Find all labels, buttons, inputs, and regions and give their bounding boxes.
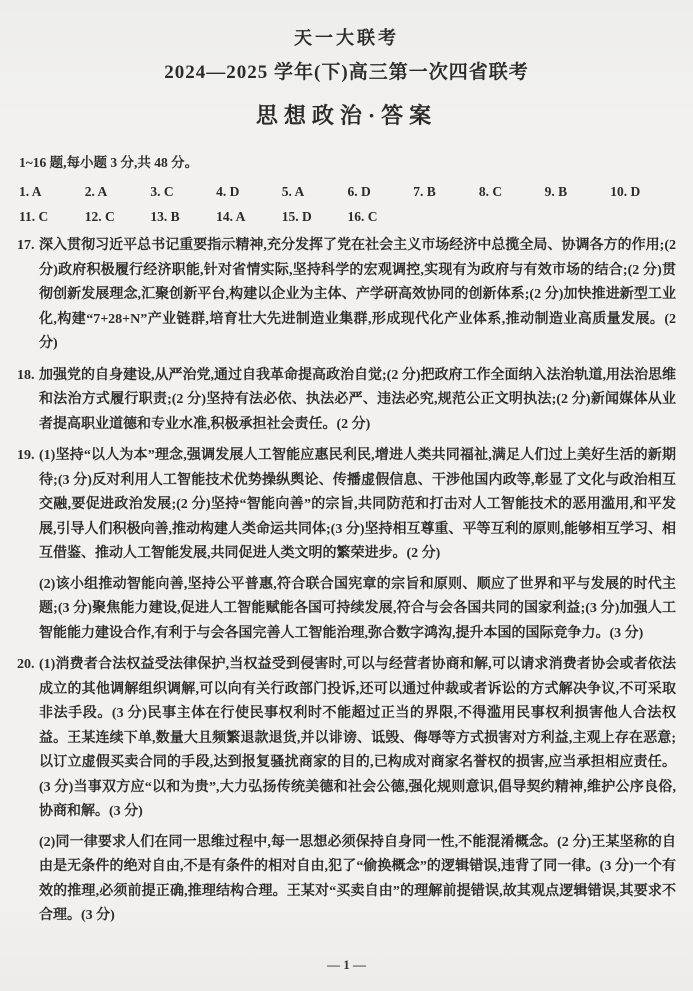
answer-text: (2)同一律要求人们在同一思维过程中,每一思想必须保持自身同一性,不能混淆概念。… xyxy=(39,835,676,924)
question-number: 17. xyxy=(17,234,35,259)
question-number: 20. xyxy=(17,653,35,678)
mcq-answer-11: 11. C xyxy=(19,209,85,225)
mcq-answer-3: 3. C xyxy=(150,184,216,200)
mcq-answer-14: 14. A xyxy=(216,209,282,225)
mcq-answer-15: 15. D xyxy=(282,209,348,225)
mcq-answer-9: 9. B xyxy=(545,184,611,200)
mcq-answer-2: 2. A xyxy=(85,184,151,200)
answer-sheet-page: 天一大联考 2024—2025 学年(下)高三第一次四省联考 思想政治·答案 1… xyxy=(0,0,693,991)
question-17-answer: 17. 深入贯彻习近平总书记重要指示精神,充分发挥了党在社会主义市场经济中总揽全… xyxy=(17,234,676,357)
answer-text: 深入贯彻习近平总书记重要指示精神,充分发挥了党在社会主义市场经济中总揽全局、协调… xyxy=(39,238,676,351)
mcq-answer-4: 4. D xyxy=(216,184,282,200)
question-paragraph: (2)该小组推动智能向善,坚持公平普惠,符合联合国宪章的宗旨和原则、顺应了世界和… xyxy=(17,573,676,647)
mcq-answer-12: 12. C xyxy=(85,209,151,225)
answer-text: (1)坚持“以人为本”理念,强调发展人工智能应惠民利民,增进人类共同福祉,满足人… xyxy=(39,448,676,561)
question-paragraph: 17. 深入贯彻习近平总书记重要指示精神,充分发挥了党在社会主义市场经济中总揽全… xyxy=(17,234,676,357)
mcq-answer-5: 5. A xyxy=(282,184,348,200)
question-paragraph: 20. (1)消费者合法权益受法律保护,当权益受到侵害时,可以与经营者协商和解,… xyxy=(17,653,676,825)
answer-text: 加强党的自身建设,从严治党,通过自我革命提高政治自觉;(2 分)把政府工作全面纳… xyxy=(39,368,676,432)
free-response-answers: 17. 深入贯彻习近平总书记重要指示精神,充分发挥了党在社会主义市场经济中总揽全… xyxy=(17,234,676,929)
mcq-answer-13: 13. B xyxy=(150,209,216,225)
question-paragraph: (2)同一律要求人们在同一思维过程中,每一思想必须保持自身同一性,不能混淆概念。… xyxy=(17,831,676,929)
answer-text: (2)该小组推动智能向善,坚持公平普惠,符合联合国宪章的宗旨和原则、顺应了世界和… xyxy=(39,577,676,641)
mcq-answer-grid: 1. A 2. A 3. C 4. D 5. A 6. D 7. B 8. C … xyxy=(19,184,676,225)
question-number: 18. xyxy=(17,364,35,389)
mcq-answer-10: 10. D xyxy=(610,184,676,200)
answer-text: (1)消费者合法权益受法律保护,当权益受到侵害时,可以与经营者协商和解,可以请求… xyxy=(39,657,676,819)
mcq-answer-8: 8. C xyxy=(479,184,545,200)
question-paragraph: 18. 加强党的自身建设,从严治党,通过自我革命提高政治自觉;(2 分)把政府工… xyxy=(17,364,676,438)
mcq-answer-1: 1. A xyxy=(19,184,85,200)
question-number: 19. xyxy=(17,444,35,469)
exam-brand-title: 天一大联考 xyxy=(17,24,676,50)
mcq-instruction: 1~16 题,每小题 3 分,共 48 分。 xyxy=(19,151,676,171)
exam-session-title: 2024—2025 学年(下)高三第一次四省联考 xyxy=(17,57,676,84)
subject-answer-title: 思想政治·答案 xyxy=(17,99,676,130)
mcq-answer-7: 7. B xyxy=(413,184,479,200)
question-20-answer: 20. (1)消费者合法权益受法律保护,当权益受到侵害时,可以与经营者协商和解,… xyxy=(17,653,676,929)
question-paragraph: 19. (1)坚持“以人为本”理念,强调发展人工智能应惠民利民,增进人类共同福祉… xyxy=(17,444,676,567)
mcq-answer-16: 16. C xyxy=(347,209,413,225)
question-19-answer: 19. (1)坚持“以人为本”理念,强调发展人工智能应惠民利民,增进人类共同福祉… xyxy=(17,444,676,646)
page-number: — 1 — xyxy=(0,957,693,973)
mcq-answer-6: 6. D xyxy=(347,184,413,200)
question-18-answer: 18. 加强党的自身建设,从严治党,通过自我革命提高政治自觉;(2 分)把政府工… xyxy=(17,364,676,438)
